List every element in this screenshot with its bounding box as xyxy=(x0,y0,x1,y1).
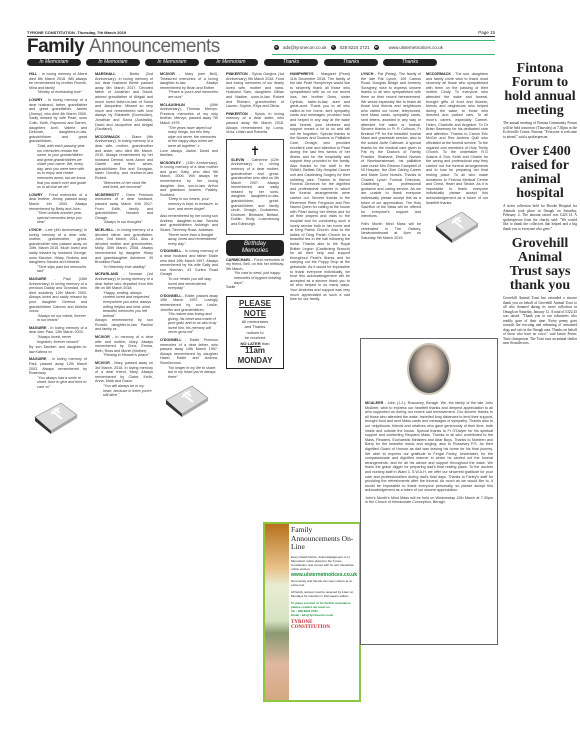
notice-entry: O'DONNELL - In loving memory of a dear h… xyxy=(160,249,218,290)
news-body: The annual meeting of Fintona Community … xyxy=(503,121,577,139)
thanks-column-2: LYNCH - Pat (Patsy). The family of the l… xyxy=(361,72,421,243)
notice-entry: LOWRY - In loving memory of a dear husba… xyxy=(29,98,87,190)
page-number: Page 15 xyxy=(478,30,495,36)
notice-entry: MCELHILL - In loving memory of a devoted… xyxy=(95,228,153,269)
tyrone-constitution-logo: TYRONECONSTITUTION xyxy=(291,620,357,630)
bible-icon xyxy=(162,382,212,418)
news-headline: Fintona Forum to hold annual meeting xyxy=(503,62,577,118)
notice-entry: MCLAUGHLIN - (40th Anniversary), Thomas … xyxy=(160,103,218,149)
thanks-column-3: MCCORMACK - The son, daughters and famil… xyxy=(426,72,488,246)
notice-entry: MCIVOR - Mary (nee Bell). Treasured memo… xyxy=(160,72,218,100)
online-promo-box: Family Announcements On-Line Every Death… xyxy=(263,522,361,702)
mcaleer-notice-box: MCALEER - John (J.J.), Roscavey, Beragh.… xyxy=(360,338,498,645)
mass-notice: John's Month's Mind Mass will be held on… xyxy=(365,496,493,505)
notice-entry: MCIVOR - Mary, passed away on 3rd March,… xyxy=(95,361,153,398)
birthday-entry: CARMICHAEL - Fond memories of my friend,… xyxy=(226,258,284,290)
contact-strip: E ads@tyronecon.co.uk T 028 8224 2721 W … xyxy=(272,40,495,55)
bible-icon xyxy=(432,208,482,244)
notice-entry: Also remembered by her loving son Andrew… xyxy=(160,214,218,246)
news-body: A street collection held for Brooke Hosp… xyxy=(503,204,577,231)
page-title: Family Announcements xyxy=(27,37,220,57)
column-1: HILL - In loving memory of Albert died 8… xyxy=(29,72,87,436)
birthday-memories-heading: Birthday Memories xyxy=(226,240,284,256)
web-icon: W xyxy=(374,45,379,50)
notice-entry: LYNCH - Lete (4th Anniversary) In loving… xyxy=(29,228,87,274)
news-headline: Over £400 raised for animal hospital xyxy=(503,145,577,201)
notice-entry: MCIVOR - In memory of a dear wife and mo… xyxy=(95,335,153,358)
notice-entry: MAGUIRE - Paul (16th Anniversary) In lov… xyxy=(29,277,87,323)
notice-entry: MCSORLEY - (13th Anniversary). In loving… xyxy=(160,161,218,212)
email-icon: E xyxy=(274,45,279,50)
notice-entry: MCFARLAND - Norman (1st Anniversary) In … xyxy=(95,272,153,318)
column-4: PINKERTON - Sylvia Gorgina (1st Annivers… xyxy=(226,72,284,369)
notice-entry: MAGUIRE - In loving memory of Paul, pass… xyxy=(29,357,87,389)
promo-url[interactable]: www.ulsternetnotices.co.uk xyxy=(291,573,357,577)
section-head-in-memoriam: In Memoriam xyxy=(145,59,199,66)
news-column: Fintona Forum to hold annual meeting The… xyxy=(503,62,577,352)
mass-notice: Pat's Month Mind Mass will be celebrated… xyxy=(361,222,421,240)
thanks-column-1: HUMPHREYS - Margaret (Pearl) 11th Decemb… xyxy=(290,72,350,305)
section-head-thanks: Thanks xyxy=(383,59,437,66)
notice-entry: Always remembered by son Ronald, daughte… xyxy=(95,318,153,332)
portrait-photo xyxy=(407,343,451,395)
news-body: Grovehill Animal Trust has extended a si… xyxy=(503,296,577,346)
title-bold: Family xyxy=(27,36,84,57)
title-light: Announcements xyxy=(89,36,220,57)
notice-entry: HILL - In loving memory of Albert died 8… xyxy=(29,72,87,95)
section-head-thanks: Thanks xyxy=(324,59,378,66)
promo-photo-collage xyxy=(265,524,289,700)
section-head-in-memoriam: In Memoriam xyxy=(204,59,258,66)
notice-entry: LOWRY - Fond memories of a dear brother,… xyxy=(29,193,87,225)
please-note-box: PLEASE NOTE All memoriams and Thanks not… xyxy=(226,296,284,370)
section-head-in-memoriam: In Memoriam xyxy=(27,59,81,66)
notice-entry: O'DONNELL - Eddie, passed away 10th Marc… xyxy=(160,294,218,335)
thanks-entry: LYNCH - Pat (Patsy). The family of the l… xyxy=(361,72,421,219)
notice-entry: MARSHALL - Bertie (2nd Anniversary). In … xyxy=(95,72,153,132)
cross-icon: ✝ xyxy=(231,144,279,158)
contact-web[interactable]: www.ulsternetnotices.co.uk xyxy=(389,45,443,50)
bible-icon xyxy=(31,399,81,435)
column-3: MCIVOR - Mary (nee Bell). Treasured memo… xyxy=(160,72,218,420)
news-headline: Grovehill Animal Trust says thank you xyxy=(503,237,577,293)
thanks-entry: HUMPHREYS - Margaret (Pearl) 11th Decemb… xyxy=(290,72,350,302)
notice-entry: PINKERTON - Sylvia. In loving memory of … xyxy=(226,112,284,135)
section-head-thanks: Thanks xyxy=(264,59,318,66)
promo-title: Family Announcements On-Line xyxy=(291,526,357,552)
notice-entry: MCCORMACK - Diane (9th Anniversary). In … xyxy=(95,135,153,190)
slevin-notice-box: ✝ SLEVIN - Catherine (12th Anniversary).… xyxy=(226,139,284,235)
contact-phone[interactable]: 028 8224 2721 xyxy=(340,45,370,50)
column-2: MARSHALL - Bertie (2nd Anniversary). In … xyxy=(95,72,153,401)
section-head-in-memoriam: In Memoriam xyxy=(86,59,140,66)
notice-entry: PINKERTON - Sylvia Gorgina (1st Annivers… xyxy=(226,72,284,109)
phone-icon: T xyxy=(331,45,336,50)
thanks-entry: MCCORMACK - The son, daughters and famil… xyxy=(426,72,488,205)
notice-entry: By son Damien and daughter-in-law Katrin… xyxy=(29,345,87,354)
section-headings: In Memoriam In Memoriam In Memoriam In M… xyxy=(27,59,497,67)
notice-entry: O'DONNELL - Eddie. Precious memories of … xyxy=(160,338,218,379)
contact-email[interactable]: ads@tyronecon.co.uk xyxy=(283,45,327,50)
notice-entry: Love always, Jackie, David and families. xyxy=(160,149,218,158)
notice-entry: MCDERMOTT - Drew. Precious memories of a… xyxy=(95,193,153,225)
notice-entry: MAGUIRE - In loving memory of a dear dad… xyxy=(29,326,87,344)
